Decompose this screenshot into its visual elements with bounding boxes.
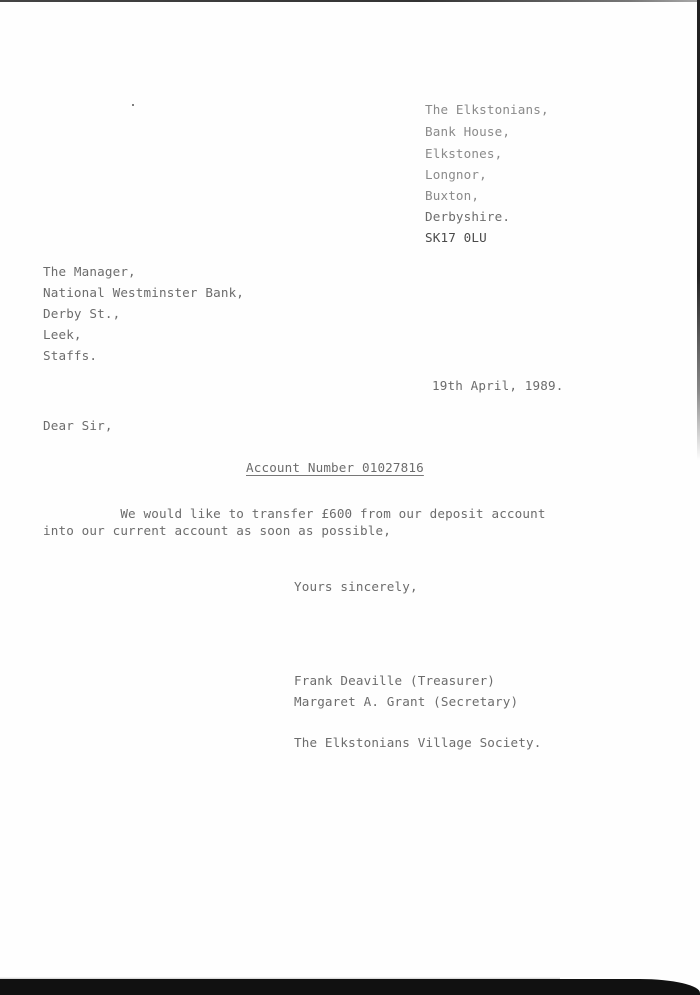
sender-address-line: Buxton,	[425, 188, 479, 204]
scan-bottom-edge	[0, 979, 700, 995]
recipient-address-line: Derby St.,	[43, 306, 120, 322]
sender-address-line: Bank House,	[425, 124, 510, 140]
recipient-address-line: Staffs.	[43, 348, 97, 364]
sender-address-line: Derbyshire.	[425, 209, 510, 225]
recipient-address-line: The Manager,	[43, 264, 136, 280]
organisation-name: The Elkstonians Village Society.	[294, 735, 541, 751]
body-line: into our current account as soon as poss…	[43, 523, 391, 539]
recipient-address-line: Leek,	[43, 327, 82, 343]
sender-address-line: Elkstones,	[425, 146, 502, 162]
letter-date: 19th April, 1989.	[432, 378, 563, 394]
closing: Yours sincerely,	[294, 579, 418, 595]
subject-line: Account Number 01027816	[246, 460, 424, 476]
salutation: Dear Sir,	[43, 418, 113, 434]
signatory-secretary: Margaret A. Grant (Secretary)	[294, 694, 518, 710]
sender-postcode: SK17 0LU	[425, 230, 487, 246]
body-line: We would like to transfer £600 from our …	[43, 506, 546, 522]
sender-address-line: The Elkstonians,	[425, 102, 549, 118]
paper-speck	[132, 104, 134, 106]
signatory-treasurer: Frank Deaville (Treasurer)	[294, 673, 495, 689]
sender-address-line: Longnor,	[425, 167, 487, 183]
letter-page: The Elkstonians, Bank House, Elkstones, …	[0, 0, 700, 995]
recipient-address-line: National Westminster Bank,	[43, 285, 244, 301]
scan-top-edge	[0, 0, 700, 2]
